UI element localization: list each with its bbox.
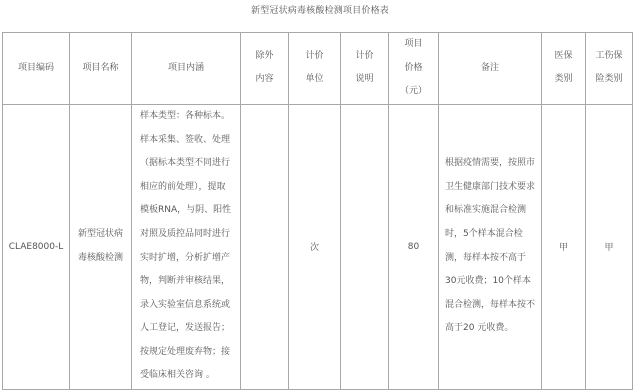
header-name: 项目名称 [70,33,132,105]
header-exclusions: 除外 内容 [241,33,289,105]
cell-price: 80 [389,104,439,389]
cell-exclusions [241,104,289,389]
header-pricing-note: 计价 说明 [341,33,389,105]
cell-name: 新型冠状病 毒核酸检测 [70,104,132,389]
cell-injury-insurance: 甲 [586,104,633,389]
header-medical-insurance: 医保 类别 [542,33,586,105]
cell-remarks: 根据疫情需要，按照市 卫生健康部门技术要求 和标准实施混合检测 时，5个样本混合… [439,104,542,389]
cell-contents: 样本类型：各种标本。 样本采集、签收、处理 （据标本类型不同进行 相应的前处理）… [132,104,241,389]
price-table: 项目编码 项目名称 项目内涵 除外 内容 计价 单位 计价 说明 项目 价格 （… [2,32,633,390]
page-title: 新型冠状病毒核酸检测项目价格表 [0,3,640,16]
header-contents: 项目内涵 [132,33,241,105]
cell-unit: 次 [289,104,341,389]
cell-medical-insurance: 甲 [542,104,586,389]
table-row: CLAE8000-L 新型冠状病 毒核酸检测 样本类型：各种标本。 样本采集、签… [3,104,633,389]
header-injury-insurance: 工伤保 险类别 [586,33,633,105]
header-row: 项目编码 项目名称 项目内涵 除外 内容 计价 单位 计价 说明 项目 价格 （… [3,33,633,105]
cell-pricing-note [341,104,389,389]
header-unit: 计价 单位 [289,33,341,105]
header-price: 项目 价格 （元） [389,33,439,105]
header-code: 项目编码 [3,33,70,105]
cell-code: CLAE8000-L [3,104,70,389]
header-remarks: 备注 [439,33,542,105]
